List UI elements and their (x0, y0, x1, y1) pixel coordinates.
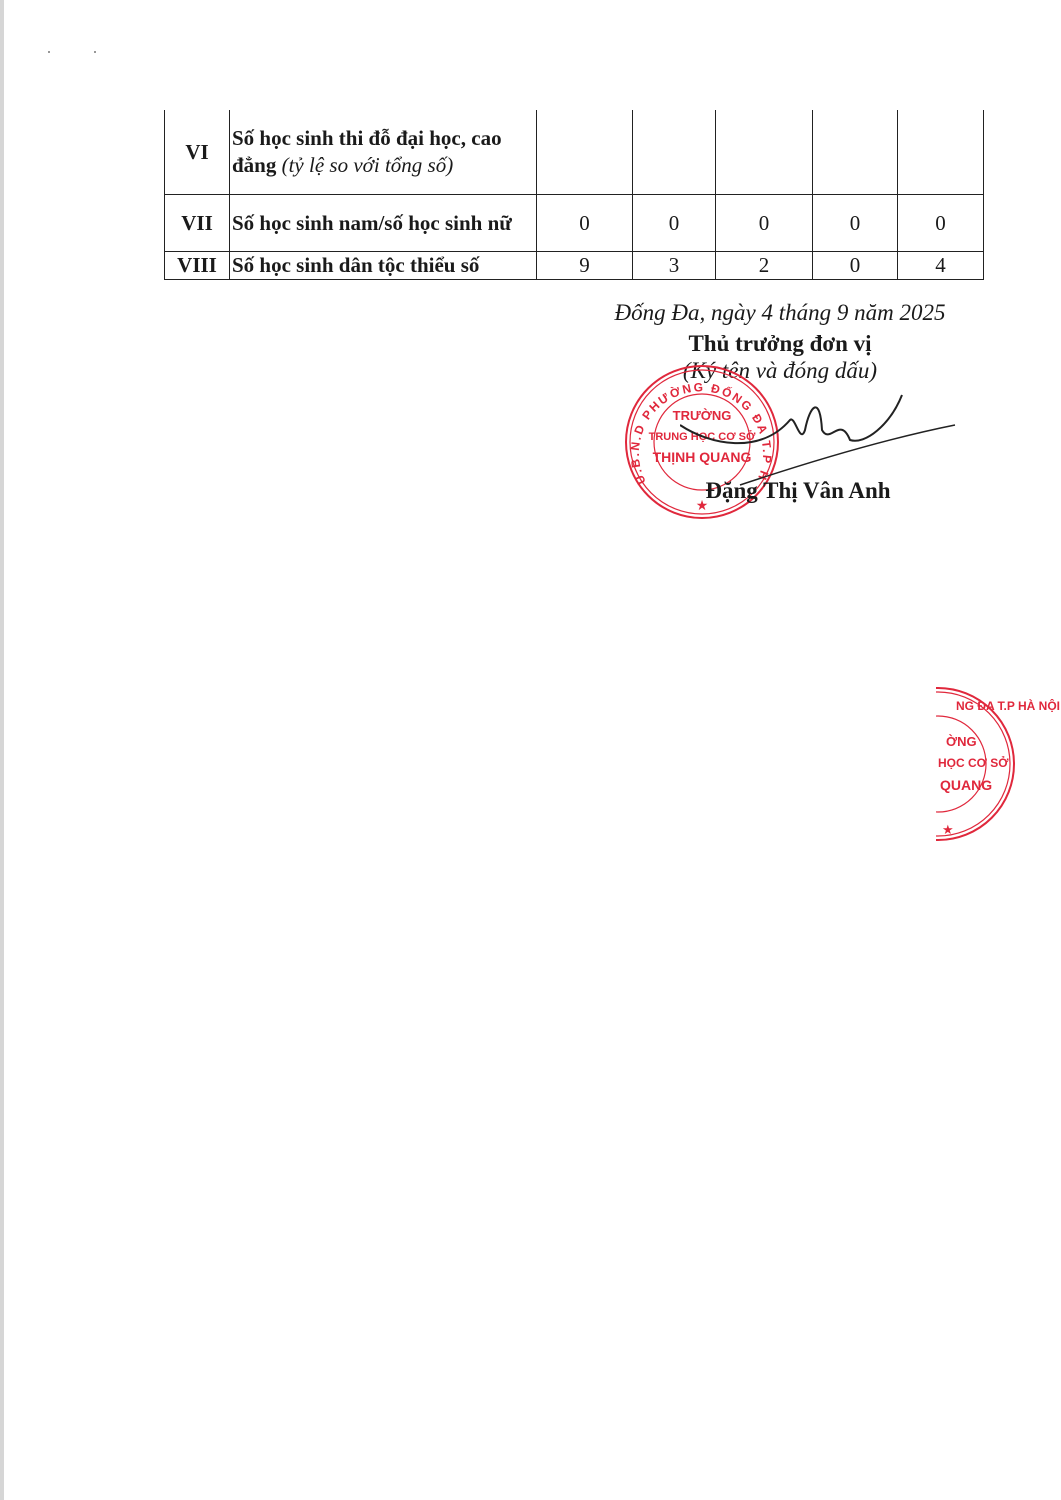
svg-text:ỜNG: ỜNG (946, 734, 977, 749)
svg-text:QUANG: QUANG (940, 777, 992, 793)
partial-stamp-icon: NG ĐA T.P HÀ NỘI ỜNG HỌC CƠ SỞ QUANG ★ (936, 682, 1061, 852)
row-index: VIII (165, 252, 230, 280)
cell-value (898, 110, 984, 195)
row-label: Số học sinh dân tộc thiểu số (230, 252, 537, 280)
cell-value (716, 110, 813, 195)
cell-value: 0 (537, 195, 633, 252)
signer-title: Thủ trưởng đơn vị (560, 331, 1000, 357)
signer-name: Đặng Thị Vân Anh (578, 478, 1018, 504)
cell-value (537, 110, 633, 195)
cell-value: 3 (633, 252, 716, 280)
svg-text:★: ★ (942, 822, 954, 837)
scan-edge (0, 0, 4, 1500)
row-index: VI (165, 110, 230, 195)
cell-value: 0 (716, 195, 813, 252)
row-note: (tỷ lệ so với tổng số) (282, 153, 454, 177)
cell-value (633, 110, 716, 195)
cell-value: 0 (633, 195, 716, 252)
cell-value: 2 (716, 252, 813, 280)
cell-value: 0 (813, 195, 898, 252)
svg-text:NG ĐA T.P HÀ NỘI: NG ĐA T.P HÀ NỘI (956, 698, 1060, 713)
cell-value: 4 (898, 252, 984, 280)
cell-value (813, 110, 898, 195)
statistics-table: VI Số học sinh thi đỗ đại học, cao đẳng … (164, 110, 984, 280)
row-label: Số học sinh thi đỗ đại học, cao đẳng (tỷ… (230, 110, 537, 195)
cell-value: 0 (813, 252, 898, 280)
row-index: VII (165, 195, 230, 252)
place-date: Đống Đa, ngày 4 tháng 9 năm 2025 (560, 300, 1000, 326)
table-row: VI Số học sinh thi đỗ đại học, cao đẳng … (165, 110, 984, 195)
table-row: VIII Số học sinh dân tộc thiểu số 9 3 2 … (165, 252, 984, 280)
row-label: Số học sinh nam/số học sinh nữ (230, 195, 537, 252)
cell-value: 9 (537, 252, 633, 280)
scan-speck (94, 51, 96, 53)
scan-speck (48, 51, 50, 53)
svg-text:HỌC CƠ SỞ: HỌC CƠ SỞ (938, 755, 1009, 770)
cell-value: 0 (898, 195, 984, 252)
table-row: VII Số học sinh nam/số học sinh nữ 0 0 0… (165, 195, 984, 252)
